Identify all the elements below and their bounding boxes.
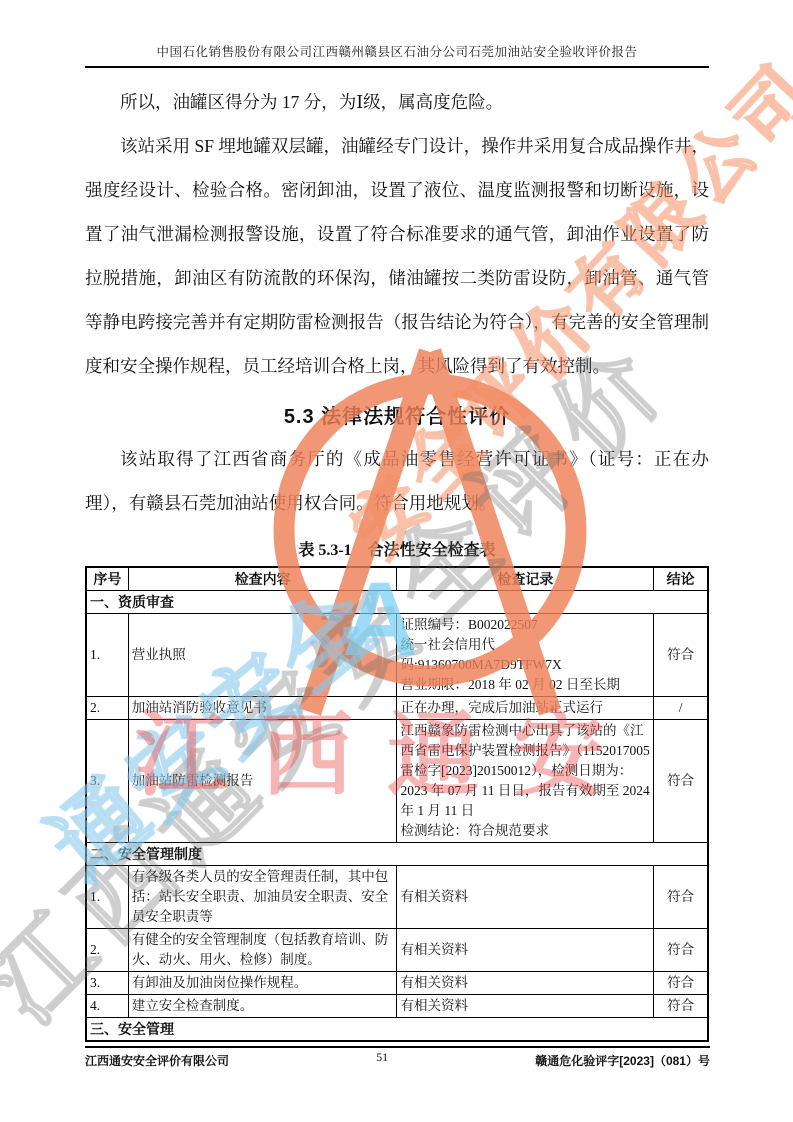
conclusion-cell: 符合 [654,866,708,929]
footer-doc-number: 赣通危化验评字[2023]（081）号 [535,1052,710,1069]
table-row: 3.加油站防雷检测报告江西赣象防雷检测中心出具了该站的《江西省雷电保护装置检测报… [86,720,708,843]
check-content-cell: 有健全的安全管理制度（包括教育培训、防火、动火、用火、检修）制度。 [128,929,397,972]
page-header-title: 中国石化销售股份有限公司江西赣州赣县区石油分公司石莞加油站安全验收评价报告 [85,42,709,68]
table-row: 1.营业执照证照编号：B002022507统一社会信用代码:91360700MA… [86,614,708,697]
table-row: 4.建立安全检查制度。有相关资料符合 [86,995,708,1018]
record-line: 检测结论：符合规范要求 [400,821,650,841]
section-title-cell: 三、安全管理 [86,1018,708,1042]
table-row: 2.加油站消防验收意见书正在办理，完成后加油站正式运行/ [86,697,708,720]
record-line: 有相关资料 [400,887,650,907]
conclusion-cell: / [654,697,708,720]
col-header-content: 检查内容 [128,567,397,591]
document-page: 中国石化销售股份有限公司江西赣州赣县区石油分公司石莞加油站安全验收评价报告 所以… [0,0,793,1122]
footer-company: 江西通安安全评价有限公司 [85,1052,229,1069]
check-content-cell: 营业执照 [128,614,397,697]
section-title-cell: 一、资质审查 [86,591,708,614]
conclusion-cell: 符合 [654,995,708,1018]
conclusion-cell: 符合 [654,929,708,972]
row-number-cell: 2. [86,697,128,720]
row-number-cell: 2. [86,929,128,972]
table-row: 2.有健全的安全管理制度（包括教育培训、防火、动火、用火、检修）制度。有相关资料… [86,929,708,972]
check-record-cell: 江西赣象防雷检测中心出具了该站的《江西省雷电保护装置检测报告》（11520170… [397,720,654,843]
conclusion-cell: 符合 [654,614,708,697]
check-record-cell: 有相关资料 [397,995,654,1018]
row-number-cell: 4. [86,995,128,1018]
row-number-cell: 1. [86,614,128,697]
conclusion-cell: 符合 [654,972,708,995]
page-content: 中国石化销售股份有限公司江西赣州赣县区石油分公司石莞加油站安全验收评价报告 所以… [0,0,793,1042]
check-content-cell: 有卸油及加油岗位操作规程。 [128,972,397,995]
conclusion-cell: 符合 [654,720,708,843]
table-row: 1.有各级各类人员的安全管理责任制，其中包括：站长安全职责、加油员安全职责、安全… [86,866,708,929]
row-number-cell: 3. [86,720,128,843]
page-footer: 江西通安安全评价有限公司 51 赣通危化验评字[2023]（081）号 [85,1046,710,1069]
record-line: 有相关资料 [400,940,650,960]
table-caption: 表 5.3-1 合法性安全检查表 [85,537,709,560]
section-title-cell: 二、安全管理制度 [86,843,708,866]
col-header-no: 序号 [86,567,128,591]
table-section-row: 三、安全管理 [86,1018,708,1042]
check-content-cell: 建立安全检查制度。 [128,995,397,1018]
check-record-cell: 有相关资料 [397,866,654,929]
body-paragraph-3: 该站取得了江西省商务厅的《成品油零售经营许可证书》（证号：正在办理），有赣县石莞… [85,437,709,525]
table-row: 3.有卸油及加油岗位操作规程。有相关资料符合 [86,972,708,995]
table-section-row: 二、安全管理制度 [86,843,708,866]
check-record-cell: 正在办理，完成后加油站正式运行 [397,697,654,720]
check-content-cell: 加油站消防验收意见书 [128,697,397,720]
record-line: 有相关资料 [400,973,650,993]
check-content-cell: 加油站防雷检测报告 [128,720,397,843]
record-line: 营业期限：2018 年 02 月 02 日至长期 [400,675,650,695]
check-content-cell: 有各级各类人员的安全管理责任制，其中包括：站长安全职责、加油员安全职责、安全员安… [128,866,397,929]
checklist-table: 序号 检查内容 检查记录 结论 一、资质审查1.营业执照证照编号：B002022… [85,566,709,1042]
col-header-record: 检查记录 [397,567,654,591]
record-line: 有相关资料 [400,996,650,1016]
record-line: 证照编号：B002022507 [400,615,650,635]
record-line: 统一社会信用代码:91360700MA7D9TFW7X [400,635,650,675]
check-record-cell: 有相关资料 [397,929,654,972]
section-heading: 5.3 法律法规符合性评价 [85,400,709,429]
col-header-conclusion: 结论 [654,567,708,591]
table-header-row: 序号 检查内容 检查记录 结论 [86,567,708,591]
row-number-cell: 1. [86,866,128,929]
record-line: 正在办理，完成后加油站正式运行 [400,698,650,718]
table-section-row: 一、资质审查 [86,591,708,614]
body-paragraph-1: 所以，油罐区得分为 17 分，为Ⅰ级，属高度危险。 [85,80,709,124]
footer-page-number: 51 [376,1050,388,1065]
check-record-cell: 证照编号：B002022507统一社会信用代码:91360700MA7D9TFW… [397,614,654,697]
check-record-cell: 有相关资料 [397,972,654,995]
row-number-cell: 3. [86,972,128,995]
body-paragraph-2: 该站采用 SF 埋地罐双层罐，油罐经专门设计，操作井采用复合成品操作井，强度经设… [85,124,709,388]
record-line: 江西赣象防雷检测中心出具了该站的《江西省雷电保护装置检测报告》（11520170… [400,721,650,821]
